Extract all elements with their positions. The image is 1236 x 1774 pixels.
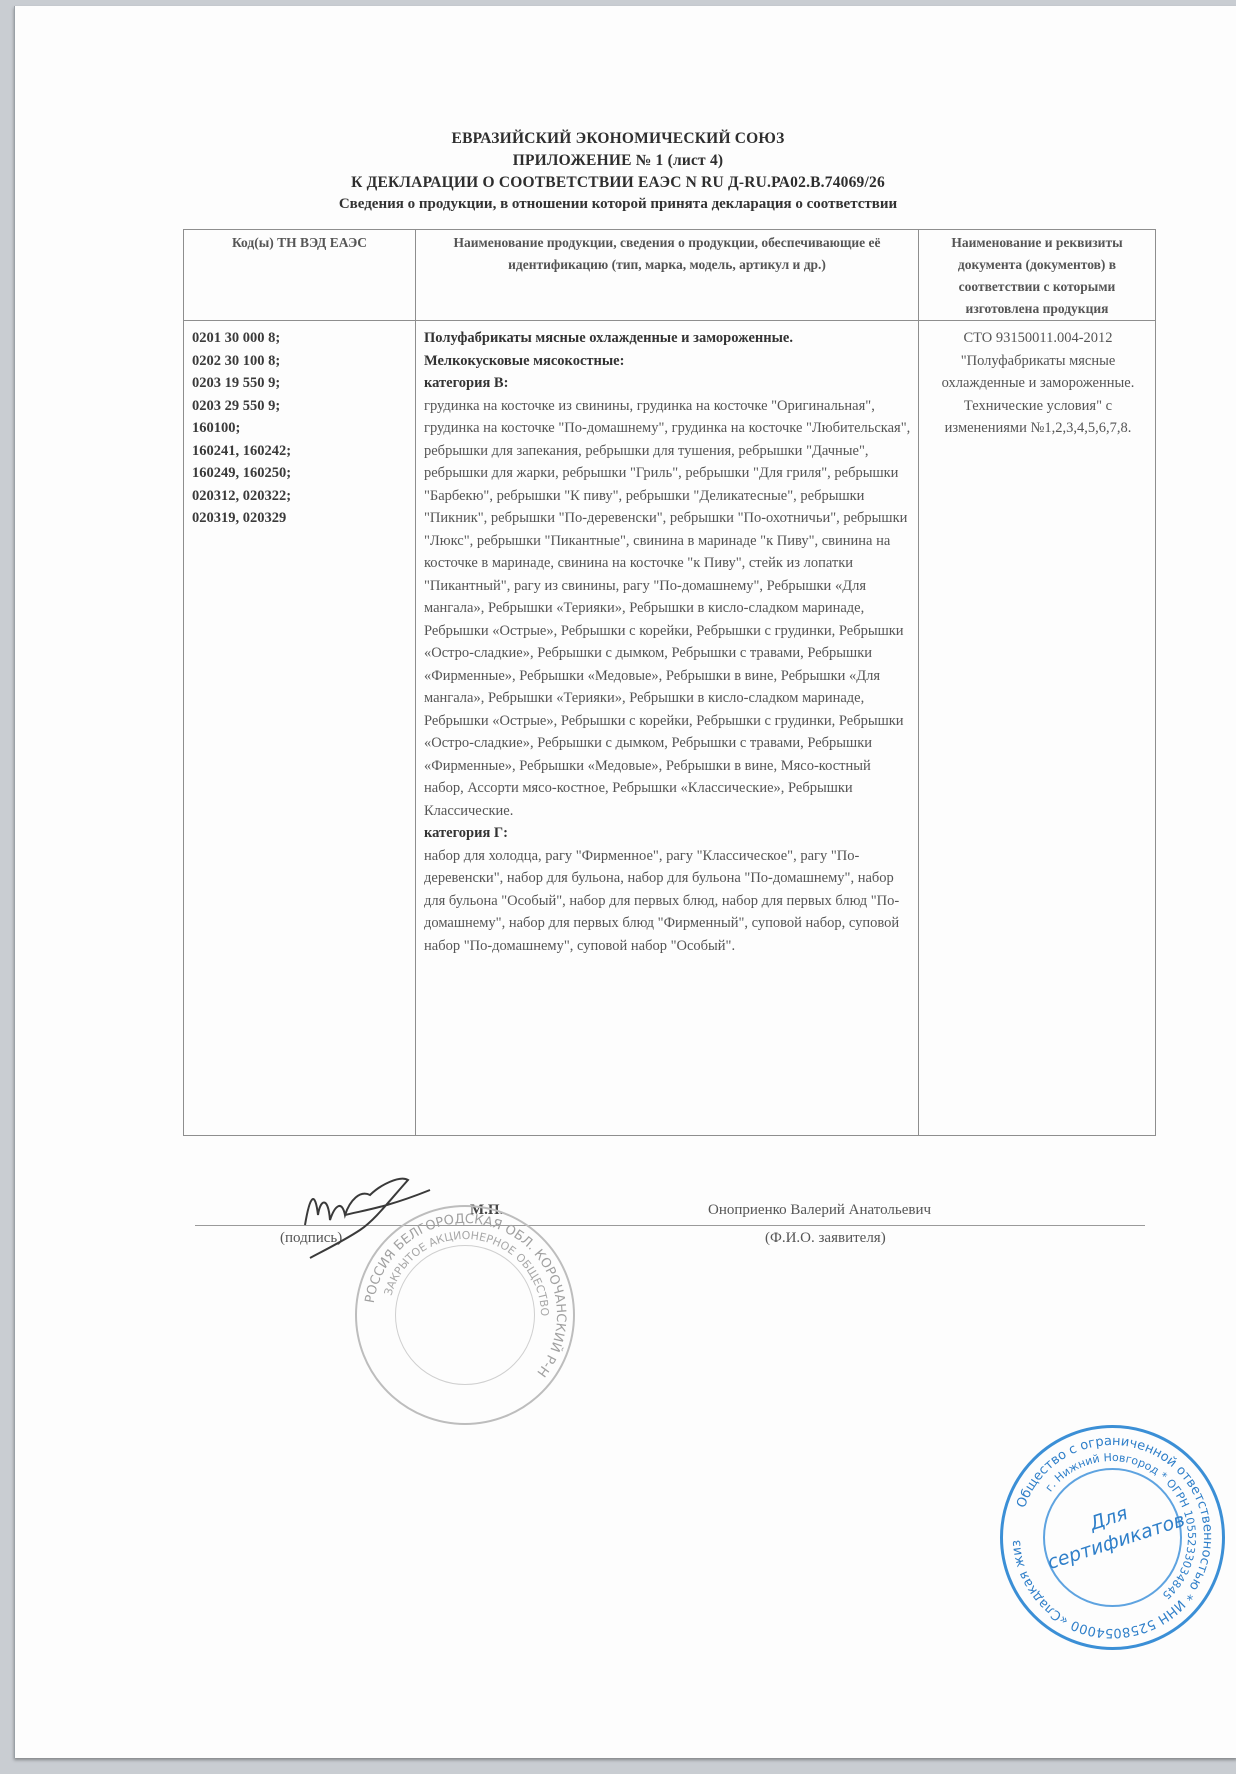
applicant-caption: (Ф.И.О. заявителя) <box>765 1230 886 1247</box>
column-header-product: Наименование продукции, сведения о проду… <box>416 230 919 321</box>
company-seal-stamp: РОССИЯ БЕЛГОРОДСКАЯ ОБЛ. КОРОЧАНСКИЙ Р-Н… <box>355 1205 575 1425</box>
table-caption: Сведения о продукции, в отношении которо… <box>0 194 1236 214</box>
product-title: Полуфабрикаты мясные охлажденные и замор… <box>424 327 912 350</box>
certification-stamp: Общество с ограниченной ответственностью… <box>1000 1425 1225 1650</box>
hs-code: 020312, 020322; <box>192 485 409 508</box>
product-subtitle: Мелкокусковые мясокостные: <box>424 350 912 373</box>
column-header-document: Наименование и реквизиты документа (доку… <box>919 230 1156 321</box>
appendix-title: ПРИЛОЖЕНИЕ № 1 (лист 4) <box>0 150 1236 172</box>
column-header-codes: Код(ы) ТН ВЭД ЕАЭС <box>184 230 416 321</box>
hs-codes-cell: 0201 30 000 8; 0202 30 100 8; 0203 19 55… <box>184 321 416 1136</box>
hs-code: 0203 29 550 9; <box>192 395 409 418</box>
hs-code: 0201 30 000 8; <box>192 327 409 350</box>
hs-code: 020319, 020329 <box>192 507 409 530</box>
name-line <box>665 1225 1145 1226</box>
union-title: ЕВРАЗИЙСКИЙ ЭКОНОМИЧЕСКИЙ СОЮЗ <box>0 128 1236 150</box>
category-v-items: грудинка на косточке из свинины, грудинк… <box>424 395 912 823</box>
product-table: Код(ы) ТН ВЭД ЕАЭС Наименование продукци… <box>183 229 1156 1136</box>
table-header-row: Код(ы) ТН ВЭД ЕАЭС Наименование продукци… <box>184 230 1156 321</box>
seal-text-ring-icon: РОССИЯ БЕЛГОРОДСКАЯ ОБЛ. КОРОЧАНСКИЙ Р-Н… <box>357 1207 573 1423</box>
category-g-items: набор для холодца, рагу "Фирменное", раг… <box>424 845 912 958</box>
standard-document: СТО 93150011.004-2012 "Полуфабрикаты мяс… <box>927 327 1149 440</box>
declaration-number: К ДЕКЛАРАЦИИ О СООТВЕТСТВИИ ЕАЭС N RU Д-… <box>0 172 1236 194</box>
hs-code: 0203 19 550 9; <box>192 372 409 395</box>
hs-code: 160241, 160242; <box>192 440 409 463</box>
hs-code: 160249, 160250; <box>192 462 409 485</box>
product-description-cell: Полуфабрикаты мясные охлажденные и замор… <box>416 321 919 1136</box>
category-g-label: категория Г: <box>424 822 912 845</box>
document-header: ЕВРАЗИЙСКИЙ ЭКОНОМИЧЕСКИЙ СОЮЗ ПРИЛОЖЕНИ… <box>0 128 1236 214</box>
table-row: 0201 30 000 8; 0202 30 100 8; 0203 19 55… <box>184 321 1156 1136</box>
hs-code: 160100; <box>192 417 409 440</box>
applicant-name: Оноприенко Валерий Анатольевич <box>708 1202 931 1219</box>
hs-code: 0202 30 100 8; <box>192 350 409 373</box>
category-v-label: категория В: <box>424 372 912 395</box>
standard-document-cell: СТО 93150011.004-2012 "Полуфабрикаты мяс… <box>919 321 1156 1136</box>
